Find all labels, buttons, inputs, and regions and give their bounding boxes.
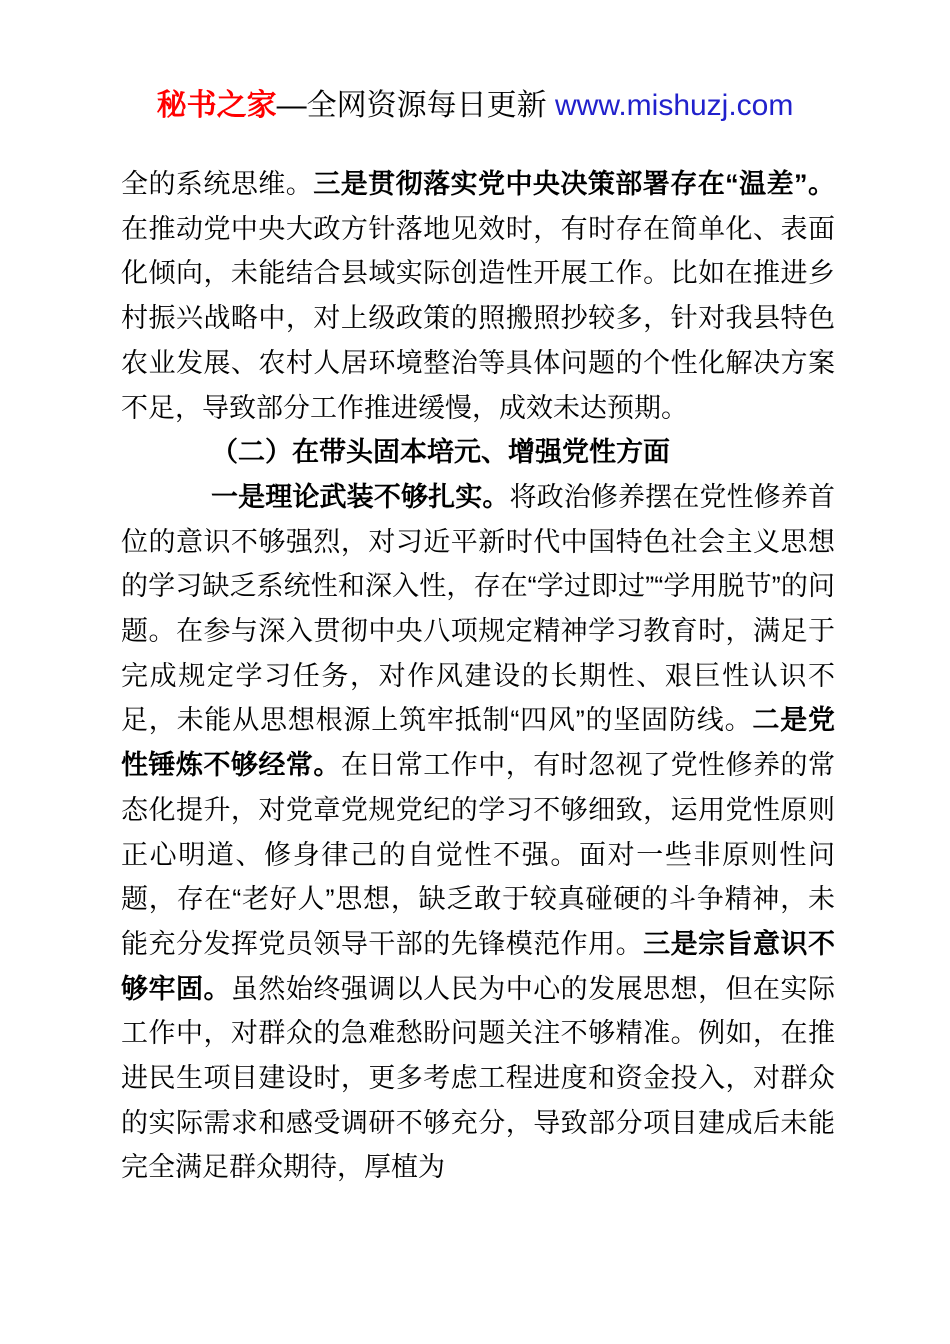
paragraph-continuation: 全的系统思维。三是贯彻落实党中央决策部署存在“温差”。在推动党中央大政方针落地见… (121, 162, 835, 430)
document-page: 秘书之家—全网资源每日更新 www.mishuzj.com 全的系统思维。三是贯… (0, 0, 950, 1344)
text-run: 全的系统思维。 (121, 169, 313, 199)
site-url[interactable]: www.mishuzj.com (555, 89, 793, 122)
text-run: 在推动党中央大政方针落地见效时，有时存在简单化、表面化倾向，未能结合县域实际创造… (121, 214, 835, 423)
emphasis-run: 三是贯彻落实党中央决策部署存在“温差”。 (313, 169, 835, 199)
section-heading-2: （二）在带头固本培元、增强党性方面 (121, 430, 835, 475)
document-body: 全的系统思维。三是贯彻落实党中央决策部署存在“温差”。在推动党中央大政方针落地见… (121, 162, 835, 1190)
site-brand: 秘书之家 (157, 89, 277, 122)
site-watermark-header: 秘书之家—全网资源每日更新 www.mishuzj.com (0, 86, 950, 126)
text-run: 虽然始终强调以人民为中心的发展思想，但在实际工作中，对群众的急难愁盼问题关注不够… (121, 974, 835, 1183)
text-run: 将政治修养摆在党性修养首位的意识不够强烈，对习近平新时代中国特色社会主义思想的学… (121, 482, 835, 736)
paragraph-party-spirit: 一是理论武装不够扎实。将政治修养摆在党性修养首位的意识不够强烈，对习近平新时代中… (121, 475, 835, 1190)
emphasis-run: 一是理论武装不够扎实。 (211, 482, 510, 512)
site-tagline: —全网资源每日更新 (277, 89, 555, 122)
text-run: 在日常工作中，有时忽视了党性修养的常态化提升，对党章党规党纪的学习不够细致，运用… (121, 750, 835, 959)
